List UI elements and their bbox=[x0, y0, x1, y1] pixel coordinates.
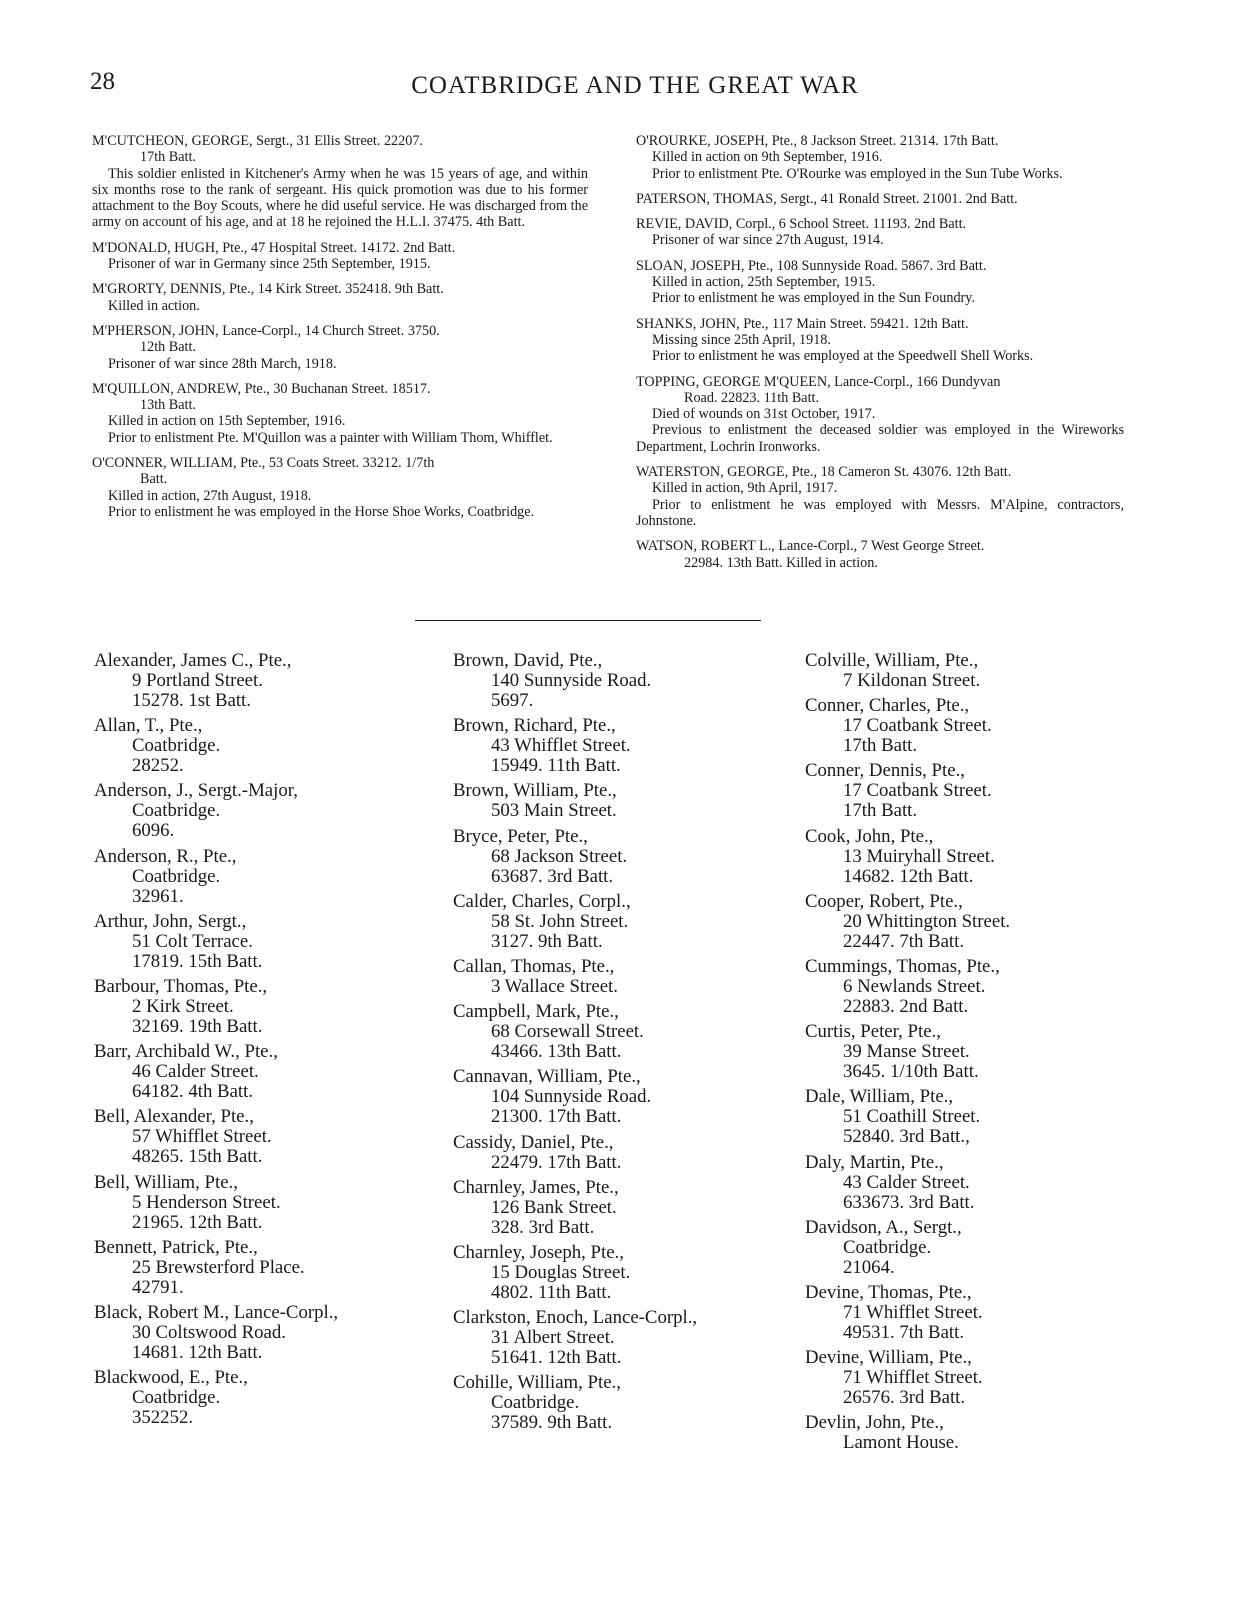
roll-entry: Bennett, Patrick, Pte.,25 Brewsterford P… bbox=[94, 1238, 424, 1298]
roll-entry: Alexander, James C., Pte.,9 Portland Str… bbox=[94, 651, 424, 711]
roll-name: Black, Robert M., Lance-Corpl., bbox=[94, 1303, 424, 1323]
roll-detail-line: 633673. 3rd Batt. bbox=[805, 1193, 1135, 1213]
roll-name: Anderson, J., Sergt.-Major, bbox=[94, 781, 424, 801]
roll-name: Blackwood, E., Pte., bbox=[94, 1368, 424, 1388]
roll-detail-line: 49531. 7th Batt. bbox=[805, 1323, 1135, 1343]
roll-entry: Anderson, J., Sergt.-Major,Coatbridge.60… bbox=[94, 781, 424, 841]
roll-detail-line: 21064. bbox=[805, 1258, 1135, 1278]
entry-heading-continuation: Road. 22823. 11th Batt. bbox=[636, 390, 1124, 406]
roll-entry: Calder, Charles, Corpl.,58 St. John Stre… bbox=[453, 892, 783, 952]
roll-entry: Cannavan, William, Pte.,104 Sunnyside Ro… bbox=[453, 1067, 783, 1127]
biography-entry: REVIE, DAVID, Corpl., 6 School Street. 1… bbox=[636, 216, 1124, 249]
entry-heading: SHANKS, JOHN, Pte., 117 Main Street. 594… bbox=[636, 316, 1124, 332]
roll-detail-line: 42791. bbox=[94, 1278, 424, 1298]
roll-name: Cohille, William, Pte., bbox=[453, 1373, 783, 1393]
roll-detail-line: Coatbridge. bbox=[453, 1393, 783, 1413]
roll-name: Cummings, Thomas, Pte., bbox=[805, 957, 1135, 977]
roll-name: Anderson, R., Pte., bbox=[94, 847, 424, 867]
entry-heading: O'CONNER, WILLIAM, Pte., 53 Coats Street… bbox=[92, 455, 588, 488]
roll-detail-line: 71 Whifflet Street. bbox=[805, 1303, 1135, 1323]
roll-detail-line: 14681. 12th Batt. bbox=[94, 1343, 424, 1363]
roll-detail-line: 9 Portland Street. bbox=[94, 671, 424, 691]
roll-name: Allan, T., Pte., bbox=[94, 716, 424, 736]
roll-detail-line: 17819. 15th Batt. bbox=[94, 952, 424, 972]
roll-name: Daly, Martin, Pte., bbox=[805, 1153, 1135, 1173]
entry-heading: REVIE, DAVID, Corpl., 6 School Street. 1… bbox=[636, 216, 1124, 232]
entry-heading: TOPPING, GEORGE M'QUEEN, Lance-Corpl., 1… bbox=[636, 374, 1124, 407]
entry-paragraph: Previous to enlistment the deceased sold… bbox=[636, 422, 1124, 455]
roll-name: Arthur, John, Sergt., bbox=[94, 912, 424, 932]
roll-entry: Charnley, James, Pte.,126 Bank Street.32… bbox=[453, 1178, 783, 1238]
roll-detail-line: 71 Whifflet Street. bbox=[805, 1368, 1135, 1388]
biography-entry: M'QUILLON, ANDREW, Pte., 30 Buchanan Str… bbox=[92, 381, 588, 446]
section-divider bbox=[415, 620, 761, 621]
roll-detail-line: 352252. bbox=[94, 1408, 424, 1428]
biography-column-left: M'CUTCHEON, GEORGE, Sergt., 31 Ellis Str… bbox=[92, 133, 588, 529]
roll-detail-line: 68 Jackson Street. bbox=[453, 847, 783, 867]
roll-entry: Devlin, John, Pte.,Lamont House. bbox=[805, 1413, 1135, 1453]
entry-heading: SLOAN, JOSEPH, Pte., 108 Sunnyside Road.… bbox=[636, 258, 1124, 274]
entry-paragraph: Prior to enlistment he was employed in t… bbox=[636, 290, 1124, 306]
roll-entry: Cooper, Robert, Pte.,20 Whittington Stre… bbox=[805, 892, 1135, 952]
roll-detail-line: 7 Kildonan Street. bbox=[805, 671, 1135, 691]
entry-heading-text: M'PHERSON, JOHN, Lance-Corpl., 14 Church… bbox=[92, 323, 440, 339]
entry-heading: O'ROURKE, JOSEPH, Pte., 8 Jackson Street… bbox=[636, 133, 1124, 149]
roll-name: Bryce, Peter, Pte., bbox=[453, 827, 783, 847]
roll-detail-line: Coatbridge. bbox=[94, 801, 424, 821]
entry-heading-text: SHANKS, JOHN, Pte., 117 Main Street. 594… bbox=[636, 316, 969, 332]
roll-detail-line: 3 Wallace Street. bbox=[453, 977, 783, 997]
running-head: COATBRIDGE AND THE GREAT WAR bbox=[0, 72, 1240, 100]
roll-entry: Brown, Richard, Pte.,43 Whifflet Street.… bbox=[453, 716, 783, 776]
roll-detail-line: 3127. 9th Batt. bbox=[453, 932, 783, 952]
roll-detail-line: 2 Kirk Street. bbox=[94, 997, 424, 1017]
roll-name: Charnley, Joseph, Pte., bbox=[453, 1243, 783, 1263]
roll-detail-line: 26576. 3rd Batt. bbox=[805, 1388, 1135, 1408]
roll-detail-line: 328. 3rd Batt. bbox=[453, 1218, 783, 1238]
entry-heading: M'GRORTY, DENNIS, Pte., 14 Kirk Street. … bbox=[92, 281, 588, 297]
entry-heading-text: M'QUILLON, ANDREW, Pte., 30 Buchanan Str… bbox=[92, 381, 431, 397]
roll-name: Calder, Charles, Corpl., bbox=[453, 892, 783, 912]
entry-paragraph: Missing since 25th April, 1918. bbox=[636, 332, 1124, 348]
entry-heading: PATERSON, THOMAS, Sergt., 41 Ronald Stre… bbox=[636, 191, 1124, 207]
entry-paragraph: Killed in action, 27th August, 1918. bbox=[92, 488, 588, 504]
roll-entry: Cohille, William, Pte.,Coatbridge.37589.… bbox=[453, 1373, 783, 1433]
roll-entry: Barbour, Thomas, Pte.,2 Kirk Street.3216… bbox=[94, 977, 424, 1037]
entry-paragraph: Killed in action on 9th September, 1916. bbox=[636, 149, 1124, 165]
roll-entry: Arthur, John, Sergt.,51 Colt Terrace.178… bbox=[94, 912, 424, 972]
roll-name: Conner, Charles, Pte., bbox=[805, 696, 1135, 716]
roll-name: Bell, Alexander, Pte., bbox=[94, 1107, 424, 1127]
roll-detail-line: 30 Coltswood Road. bbox=[94, 1323, 424, 1343]
roll-detail-line: 3645. 1/10th Batt. bbox=[805, 1062, 1135, 1082]
biography-entry: M'GRORTY, DENNIS, Pte., 14 Kirk Street. … bbox=[92, 281, 588, 314]
roll-detail-line: 22447. 7th Batt. bbox=[805, 932, 1135, 952]
entry-heading-text: O'ROURKE, JOSEPH, Pte., 8 Jackson Street… bbox=[636, 133, 998, 149]
roll-detail-line: 6096. bbox=[94, 821, 424, 841]
biography-column-right: O'ROURKE, JOSEPH, Pte., 8 Jackson Street… bbox=[636, 133, 1124, 580]
biography-entry: TOPPING, GEORGE M'QUEEN, Lance-Corpl., 1… bbox=[636, 374, 1124, 455]
biography-entry: PATERSON, THOMAS, Sergt., 41 Ronald Stre… bbox=[636, 191, 1124, 207]
roll-detail-line: 140 Sunnyside Road. bbox=[453, 671, 783, 691]
entry-heading-continuation: 22984. 13th Batt. Killed in action. bbox=[636, 555, 1124, 571]
entry-paragraph: Died of wounds on 31st October, 1917. bbox=[636, 406, 1124, 422]
roll-detail-line: 32169. 19th Batt. bbox=[94, 1017, 424, 1037]
roll-entry: Anderson, R., Pte.,Coatbridge.32961. bbox=[94, 847, 424, 907]
roll-detail-line: 57 Whifflet Street. bbox=[94, 1127, 424, 1147]
roll-entry: Dale, William, Pte.,51 Coathill Street.5… bbox=[805, 1087, 1135, 1147]
entry-heading-text: WATSON, ROBERT L., Lance-Corpl., 7 West … bbox=[636, 538, 984, 554]
roll-entry: Charnley, Joseph, Pte.,15 Douglas Street… bbox=[453, 1243, 783, 1303]
biography-entry: M'CUTCHEON, GEORGE, Sergt., 31 Ellis Str… bbox=[92, 133, 588, 231]
roll-name: Alexander, James C., Pte., bbox=[94, 651, 424, 671]
roll-entry: Black, Robert M., Lance-Corpl.,30 Coltsw… bbox=[94, 1303, 424, 1363]
entry-heading-continuation: 13th Batt. bbox=[92, 397, 588, 413]
roll-detail-line: 68 Corsewall Street. bbox=[453, 1022, 783, 1042]
entry-paragraph: Prior to enlistment he was employed in t… bbox=[92, 504, 588, 520]
roll-detail-line: 22883. 2nd Batt. bbox=[805, 997, 1135, 1017]
biography-entry: WATERSTON, GEORGE, Pte., 18 Cameron St. … bbox=[636, 464, 1124, 529]
roll-entry: Devine, Thomas, Pte.,71 Whifflet Street.… bbox=[805, 1283, 1135, 1343]
roll-detail-line: 51 Coathill Street. bbox=[805, 1107, 1135, 1127]
entry-heading-continuation: Batt. bbox=[92, 471, 588, 487]
roll-detail-line: Coatbridge. bbox=[94, 867, 424, 887]
roll-name: Dale, William, Pte., bbox=[805, 1087, 1135, 1107]
roll-detail-line: 39 Manse Street. bbox=[805, 1042, 1135, 1062]
roll-detail-line: 17th Batt. bbox=[805, 736, 1135, 756]
roll-entry: Curtis, Peter, Pte.,39 Manse Street.3645… bbox=[805, 1022, 1135, 1082]
entry-paragraph: Killed in action. bbox=[92, 298, 588, 314]
roll-detail-line: Coatbridge. bbox=[805, 1238, 1135, 1258]
roll-detail-line: 58 St. John Street. bbox=[453, 912, 783, 932]
roll-entry: Clarkston, Enoch, Lance-Corpl.,31 Albert… bbox=[453, 1308, 783, 1368]
roll-name: Brown, William, Pte., bbox=[453, 781, 783, 801]
roll-name: Clarkston, Enoch, Lance-Corpl., bbox=[453, 1308, 783, 1328]
roll-detail-line: 63687. 3rd Batt. bbox=[453, 867, 783, 887]
roll-name: Cannavan, William, Pte., bbox=[453, 1067, 783, 1087]
roll-name: Bennett, Patrick, Pte., bbox=[94, 1238, 424, 1258]
roll-name: Cooper, Robert, Pte., bbox=[805, 892, 1135, 912]
roll-detail-line: 17 Coatbank Street. bbox=[805, 781, 1135, 801]
entry-heading: M'DONALD, HUGH, Pte., 47 Hospital Street… bbox=[92, 240, 588, 256]
roll-entry: Davidson, A., Sergt.,Coatbridge.21064. bbox=[805, 1218, 1135, 1278]
entry-heading-text: SLOAN, JOSEPH, Pte., 108 Sunnyside Road.… bbox=[636, 258, 986, 274]
roll-detail-line: Lamont House. bbox=[805, 1433, 1135, 1453]
roll-detail-line: 21300. 17th Batt. bbox=[453, 1107, 783, 1127]
entry-heading-continuation: 17th Batt. bbox=[92, 149, 588, 165]
roll-column-3: Colville, William, Pte.,7 Kildonan Stree… bbox=[805, 651, 1135, 1458]
roll-entry: Colville, William, Pte.,7 Kildonan Stree… bbox=[805, 651, 1135, 691]
roll-name: Barbour, Thomas, Pte., bbox=[94, 977, 424, 997]
biography-entry: O'CONNER, WILLIAM, Pte., 53 Coats Street… bbox=[92, 455, 588, 520]
roll-detail-line: 52840. 3rd Batt., bbox=[805, 1127, 1135, 1147]
entry-heading-text: O'CONNER, WILLIAM, Pte., 53 Coats Street… bbox=[92, 455, 434, 471]
entry-paragraph: Prisoner of war since 28th March, 1918. bbox=[92, 356, 588, 372]
roll-detail-line: 15278. 1st Batt. bbox=[94, 691, 424, 711]
biography-entry: O'ROURKE, JOSEPH, Pte., 8 Jackson Street… bbox=[636, 133, 1124, 182]
roll-entry: Allan, T., Pte.,Coatbridge.28252. bbox=[94, 716, 424, 776]
entry-paragraph: Prisoner of war in Germany since 25th Se… bbox=[92, 256, 588, 272]
entry-paragraph: Prior to enlistment Pte. O'Rourke was em… bbox=[636, 166, 1124, 182]
entry-paragraph: Killed in action on 15th September, 1916… bbox=[92, 413, 588, 429]
roll-entry: Cassidy, Daniel, Pte.,22479. 17th Batt. bbox=[453, 1133, 783, 1173]
roll-entry: Cummings, Thomas, Pte.,6 Newlands Street… bbox=[805, 957, 1135, 1017]
entry-heading-text: PATERSON, THOMAS, Sergt., 41 Ronald Stre… bbox=[636, 191, 1018, 207]
roll-name: Curtis, Peter, Pte., bbox=[805, 1022, 1135, 1042]
roll-detail-line: 17 Coatbank Street. bbox=[805, 716, 1135, 736]
roll-name: Callan, Thomas, Pte., bbox=[453, 957, 783, 977]
roll-detail-line: 37589. 9th Batt. bbox=[453, 1413, 783, 1433]
entry-paragraph: Killed in action, 9th April, 1917. bbox=[636, 480, 1124, 496]
biography-entry: M'PHERSON, JOHN, Lance-Corpl., 14 Church… bbox=[92, 323, 588, 372]
roll-detail-line: 22479. 17th Batt. bbox=[453, 1153, 783, 1173]
roll-name: Charnley, James, Pte., bbox=[453, 1178, 783, 1198]
entry-heading-text: M'GRORTY, DENNIS, Pte., 14 Kirk Street. … bbox=[92, 281, 444, 297]
roll-detail-line: 46 Calder Street. bbox=[94, 1062, 424, 1082]
roll-name: Devlin, John, Pte., bbox=[805, 1413, 1135, 1433]
entry-paragraph: Prior to enlistment he was employed with… bbox=[636, 497, 1124, 530]
roll-detail-line: 14682. 12th Batt. bbox=[805, 867, 1135, 887]
roll-detail-line: Coatbridge. bbox=[94, 736, 424, 756]
roll-name: Conner, Dennis, Pte., bbox=[805, 761, 1135, 781]
roll-name: Devine, William, Pte., bbox=[805, 1348, 1135, 1368]
biography-entry: M'DONALD, HUGH, Pte., 47 Hospital Street… bbox=[92, 240, 588, 273]
roll-name: Colville, William, Pte., bbox=[805, 651, 1135, 671]
entry-heading-text: M'DONALD, HUGH, Pte., 47 Hospital Street… bbox=[92, 240, 455, 256]
roll-entry: Bryce, Peter, Pte.,68 Jackson Street.636… bbox=[453, 827, 783, 887]
roll-detail-line: 31 Albert Street. bbox=[453, 1328, 783, 1348]
roll-detail-line: 25 Brewsterford Place. bbox=[94, 1258, 424, 1278]
roll-detail-line: 104 Sunnyside Road. bbox=[453, 1087, 783, 1107]
roll-entry: Daly, Martin, Pte.,43 Calder Street.6336… bbox=[805, 1153, 1135, 1213]
roll-detail-line: 15949. 11th Batt. bbox=[453, 756, 783, 776]
roll-detail-line: 15 Douglas Street. bbox=[453, 1263, 783, 1283]
entry-heading: M'QUILLON, ANDREW, Pte., 30 Buchanan Str… bbox=[92, 381, 588, 414]
roll-name: Brown, Richard, Pte., bbox=[453, 716, 783, 736]
roll-name: Bell, William, Pte., bbox=[94, 1173, 424, 1193]
roll-detail-line: 48265. 15th Batt. bbox=[94, 1147, 424, 1167]
roll-detail-line: 5697. bbox=[453, 691, 783, 711]
roll-detail-line: 17th Batt. bbox=[805, 801, 1135, 821]
roll-name: Cook, John, Pte., bbox=[805, 827, 1135, 847]
roll-entry: Devine, William, Pte.,71 Whifflet Street… bbox=[805, 1348, 1135, 1408]
roll-detail-line: Coatbridge. bbox=[94, 1388, 424, 1408]
entry-paragraph: Prior to enlistment Pte. M'Quillon was a… bbox=[92, 430, 588, 446]
entry-heading-text: M'CUTCHEON, GEORGE, Sergt., 31 Ellis Str… bbox=[92, 133, 423, 149]
roll-detail-line: 20 Whittington Street. bbox=[805, 912, 1135, 932]
entry-heading: WATSON, ROBERT L., Lance-Corpl., 7 West … bbox=[636, 538, 1124, 571]
roll-name: Brown, David, Pte., bbox=[453, 651, 783, 671]
roll-detail-line: 5 Henderson Street. bbox=[94, 1193, 424, 1213]
roll-name: Campbell, Mark, Pte., bbox=[453, 1002, 783, 1022]
roll-column-1: Alexander, James C., Pte.,9 Portland Str… bbox=[94, 651, 424, 1433]
entry-heading: M'CUTCHEON, GEORGE, Sergt., 31 Ellis Str… bbox=[92, 133, 588, 166]
biography-entry: WATSON, ROBERT L., Lance-Corpl., 7 West … bbox=[636, 538, 1124, 571]
roll-name: Devine, Thomas, Pte., bbox=[805, 1283, 1135, 1303]
entry-heading-text: REVIE, DAVID, Corpl., 6 School Street. 1… bbox=[636, 216, 966, 232]
roll-entry: Bell, William, Pte.,5 Henderson Street.2… bbox=[94, 1173, 424, 1233]
roll-detail-line: 64182. 4th Batt. bbox=[94, 1082, 424, 1102]
entry-paragraph: Prior to enlistment he was employed at t… bbox=[636, 348, 1124, 364]
roll-name: Davidson, A., Sergt., bbox=[805, 1218, 1135, 1238]
roll-entry: Cook, John, Pte.,13 Muiryhall Street.146… bbox=[805, 827, 1135, 887]
entry-heading-continuation: 12th Batt. bbox=[92, 339, 588, 355]
entry-heading-text: TOPPING, GEORGE M'QUEEN, Lance-Corpl., 1… bbox=[636, 374, 1000, 390]
roll-detail-line: 21965. 12th Batt. bbox=[94, 1213, 424, 1233]
roll-entry: Bell, Alexander, Pte.,57 Whifflet Street… bbox=[94, 1107, 424, 1167]
roll-detail-line: 51 Colt Terrace. bbox=[94, 932, 424, 952]
roll-detail-line: 126 Bank Street. bbox=[453, 1198, 783, 1218]
roll-detail-line: 43466. 13th Batt. bbox=[453, 1042, 783, 1062]
roll-entry: Blackwood, E., Pte.,Coatbridge.352252. bbox=[94, 1368, 424, 1428]
roll-name: Barr, Archibald W., Pte., bbox=[94, 1042, 424, 1062]
roll-detail-line: 13 Muiryhall Street. bbox=[805, 847, 1135, 867]
entry-heading: M'PHERSON, JOHN, Lance-Corpl., 14 Church… bbox=[92, 323, 588, 356]
entry-paragraph: Killed in action, 25th September, 1915. bbox=[636, 274, 1124, 290]
roll-entry: Brown, David, Pte.,140 Sunnyside Road.56… bbox=[453, 651, 783, 711]
entry-paragraph: Prisoner of war since 27th August, 1914. bbox=[636, 232, 1124, 248]
roll-entry: Conner, Charles, Pte.,17 Coatbank Street… bbox=[805, 696, 1135, 756]
biography-entry: SLOAN, JOSEPH, Pte., 108 Sunnyside Road.… bbox=[636, 258, 1124, 307]
roll-detail-line: 43 Whifflet Street. bbox=[453, 736, 783, 756]
roll-detail-line: 28252. bbox=[94, 756, 424, 776]
roll-entry: Conner, Dennis, Pte.,17 Coatbank Street.… bbox=[805, 761, 1135, 821]
roll-detail-line: 503 Main Street. bbox=[453, 801, 783, 821]
roll-detail-line: 32961. bbox=[94, 887, 424, 907]
roll-entry: Brown, William, Pte.,503 Main Street. bbox=[453, 781, 783, 821]
roll-name: Cassidy, Daniel, Pte., bbox=[453, 1133, 783, 1153]
roll-detail-line: 4802. 11th Batt. bbox=[453, 1283, 783, 1303]
roll-entry: Barr, Archibald W., Pte.,46 Calder Stree… bbox=[94, 1042, 424, 1102]
biography-entry: SHANKS, JOHN, Pte., 117 Main Street. 594… bbox=[636, 316, 1124, 365]
entry-paragraph: This soldier enlisted in Kitchener's Arm… bbox=[92, 166, 588, 231]
entry-heading: WATERSTON, GEORGE, Pte., 18 Cameron St. … bbox=[636, 464, 1124, 480]
roll-detail-line: 6 Newlands Street. bbox=[805, 977, 1135, 997]
entry-heading-text: WATERSTON, GEORGE, Pte., 18 Cameron St. … bbox=[636, 464, 1011, 480]
roll-detail-line: 51641. 12th Batt. bbox=[453, 1348, 783, 1368]
roll-entry: Callan, Thomas, Pte.,3 Wallace Street. bbox=[453, 957, 783, 997]
roll-entry: Campbell, Mark, Pte.,68 Corsewall Street… bbox=[453, 1002, 783, 1062]
roll-column-2: Brown, David, Pte.,140 Sunnyside Road.56… bbox=[453, 651, 783, 1438]
roll-detail-line: 43 Calder Street. bbox=[805, 1173, 1135, 1193]
